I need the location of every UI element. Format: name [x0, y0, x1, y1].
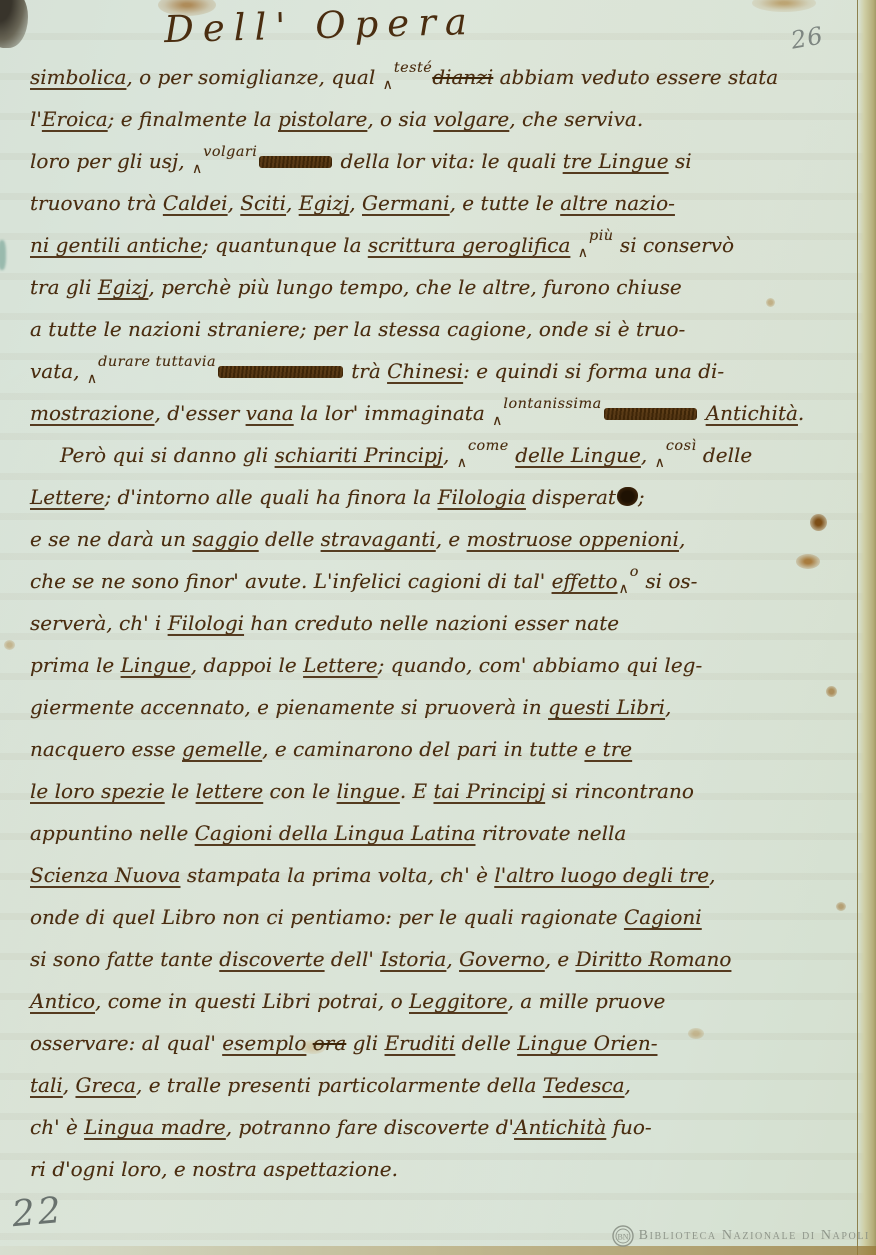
- underlined-word: Antico: [30, 989, 95, 1013]
- underlined-word: altre nazio-: [560, 191, 675, 215]
- manuscript-line: tali, Greca, e tralle presenti particola…: [30, 1064, 834, 1106]
- watermark-label: Biblioteca Nazionale di Napoli: [639, 1228, 870, 1244]
- underlined-word: lingue: [337, 779, 400, 803]
- manuscript-page: Dell' Opera 26 simbolica, o per somiglia…: [0, 0, 876, 1255]
- manuscript-line: e se ne darà un saggio delle stravaganti…: [30, 518, 834, 560]
- underlined-word: discoverte: [219, 947, 324, 971]
- underlined-word: lettere: [196, 779, 264, 803]
- library-watermark: BN Biblioteca Nazionale di Napoli: [612, 1225, 870, 1247]
- underlined-word: pistolare: [278, 107, 367, 131]
- underlined-word: stravaganti: [321, 527, 436, 551]
- obliterated-scribble: [218, 366, 343, 378]
- underlined-word: Diritto Romano: [576, 947, 732, 971]
- stain: [4, 640, 15, 650]
- manuscript-line: Lettere; d'intorno alle quali ha finora …: [30, 476, 834, 518]
- underlined-word: Caldei: [163, 191, 228, 215]
- library-emblem-icon: BN: [612, 1225, 634, 1247]
- folio-number-bottom: 22: [10, 1190, 65, 1235]
- underlined-word: delle Lingue: [515, 443, 641, 467]
- interlinear-insertion: o: [630, 564, 639, 580]
- interlinear-insertion: testé: [394, 60, 432, 76]
- caret-mark: ∧: [457, 455, 467, 471]
- page-edge-right: [857, 0, 876, 1255]
- underlined-word: Scienza Nuova: [30, 863, 180, 887]
- manuscript-line: prima le Lingue, dappoi le Lettere; quan…: [30, 644, 834, 686]
- manuscript-line: nacquero esse gemelle, e caminarono del …: [30, 728, 834, 770]
- underlined-word: Sciti: [240, 191, 286, 215]
- manuscript-line: appuntino nelle Cagioni della Lingua Lat…: [30, 812, 834, 854]
- underlined-word: Antichità: [514, 1115, 606, 1139]
- manuscript-line: ni gentili antiche; quantunque la scritt…: [30, 224, 834, 266]
- manuscript-line: a tutte le nazioni straniere; per la ste…: [30, 308, 834, 350]
- stain: [836, 902, 846, 911]
- emblem-monogram: BN: [617, 1233, 628, 1242]
- underlined-word: vana: [246, 401, 294, 425]
- interlinear-insertion: così: [666, 438, 697, 454]
- manuscript-line: osservare: al qual' esemplo ora gli Erud…: [30, 1022, 834, 1064]
- interlinear-insertion: più: [589, 228, 614, 244]
- underlined-word: Filologi: [168, 611, 244, 635]
- manuscript-line: serverà, ch' i Filologi han creduto nell…: [30, 602, 834, 644]
- manuscript-line: ch' è Lingua madre, potranno fare discov…: [30, 1106, 834, 1148]
- caret-mark: ∧: [87, 371, 97, 387]
- manuscript-line: Antico, come in questi Libri potrai, o L…: [30, 980, 834, 1022]
- stain: [752, 0, 816, 12]
- manuscript-line: Scienza Nuova stampata la prima volta, c…: [30, 854, 834, 896]
- underlined-word: Lingua madre: [84, 1115, 226, 1139]
- underlined-word: Chinesi: [387, 359, 463, 383]
- ink-blot: [617, 487, 638, 506]
- underlined-word: Greca: [75, 1073, 136, 1097]
- underlined-word: esemplo: [222, 1031, 306, 1055]
- underlined-word: saggio: [192, 527, 258, 551]
- manuscript-line: truovano trà Caldei, Sciti, Egizj, Germa…: [30, 182, 834, 224]
- underlined-word: Eroica: [42, 107, 108, 131]
- underlined-word: e tre: [584, 737, 632, 761]
- underlined-word: Filologia: [438, 485, 526, 509]
- underlined-word: tali: [30, 1073, 63, 1097]
- underlined-word: mostruose oppenioni: [467, 527, 679, 551]
- underlined-word: le loro spezie: [30, 779, 165, 803]
- underlined-word: schiariti Principj: [275, 443, 443, 467]
- manuscript-line: si sono fatte tante discoverte dell' Ist…: [30, 938, 834, 980]
- interlinear-insertion: lontanissima: [503, 396, 601, 412]
- underlined-word: Tedesca: [543, 1073, 625, 1097]
- manuscript-line: le loro spezie le lettere con le lingue.…: [30, 770, 834, 812]
- manuscript-line: l'Eroica; e finalmente la pistolare, o s…: [30, 98, 834, 140]
- interlinear-insertion: volgari: [203, 144, 257, 160]
- manuscript-line: ri d'ogni loro, e nostra aspettazione.: [30, 1148, 834, 1190]
- obliterated-scribble: [604, 408, 698, 420]
- underlined-word: gemelle: [182, 737, 262, 761]
- caret-mark: ∧: [578, 245, 588, 261]
- underlined-word: l'altro luogo degli tre: [494, 863, 709, 887]
- underlined-word: Leggitore: [409, 989, 508, 1013]
- manuscript-text: simbolica, o per somiglianze, qual ∧test…: [30, 56, 834, 1190]
- caret-mark: ∧: [492, 413, 502, 429]
- underlined-word: Lettere: [303, 653, 377, 677]
- underlined-word: questi Libri: [548, 695, 665, 719]
- underlined-word: tre Lingue: [563, 149, 669, 173]
- manuscript-line: mostrazione, d'esser vana la lor' immagi…: [30, 392, 834, 434]
- struck-word: dianzi: [432, 65, 493, 89]
- underlined-word: Lingue: [121, 653, 191, 677]
- obliterated-scribble: [259, 156, 332, 168]
- underlined-word: Egizj: [299, 191, 350, 215]
- underlined-word: Germani: [362, 191, 450, 215]
- underlined-word: Cagioni della Lingua Latina: [195, 821, 476, 845]
- underlined-word: volgare: [433, 107, 509, 131]
- underlined-word: Istoria: [380, 947, 446, 971]
- interlinear-insertion: come: [468, 438, 509, 454]
- underlined-word: tai Principj: [433, 779, 545, 803]
- caret-mark: ∧: [619, 581, 629, 597]
- caret-mark: ∧: [383, 77, 393, 93]
- underlined-word: mostrazione: [30, 401, 154, 425]
- manuscript-line: vata, ∧durare tuttavia trà Chinesi: e qu…: [30, 350, 834, 392]
- folio-number-top: 26: [789, 21, 826, 54]
- underlined-word: ni gentili antiche: [30, 233, 202, 257]
- underlined-word: simbolica: [30, 65, 126, 89]
- underlined-word: scrittura geroglifica: [368, 233, 571, 257]
- manuscript-line: onde di quel Libro non ci pentiamo: per …: [30, 896, 834, 938]
- underlined-word: Antichità: [706, 401, 798, 425]
- underlined-word: Lettere: [30, 485, 104, 509]
- underlined-word: Egizj: [98, 275, 149, 299]
- manuscript-line: loro per gli usj, ∧volgari della lor vit…: [30, 140, 834, 182]
- manuscript-line: giermente accennato, e pienamente si pru…: [30, 686, 834, 728]
- underlined-word: effetto: [552, 569, 618, 593]
- struck-word: ora: [313, 1031, 347, 1055]
- manuscript-line: che se ne sono finor' avute. L'infelici …: [30, 560, 834, 602]
- manuscript-line: tra gli Egizj, perchè più lungo tempo, c…: [30, 266, 834, 308]
- underlined-word: Governo: [459, 947, 545, 971]
- interlinear-insertion: durare tuttavia: [98, 354, 216, 370]
- page-title: Dell' Opera: [0, 0, 640, 55]
- underlined-word: Eruditi: [385, 1031, 456, 1055]
- caret-mark: ∧: [192, 161, 202, 177]
- caret-mark: ∧: [655, 455, 665, 471]
- stain: [0, 240, 6, 270]
- page-edge-bottom: [0, 1246, 876, 1255]
- manuscript-line: simbolica, o per somiglianze, qual ∧test…: [30, 56, 834, 98]
- manuscript-line: Però qui si danno gli schiariti Principj…: [30, 434, 834, 476]
- underlined-word: Lingue Orien-: [517, 1031, 657, 1055]
- underlined-word: Cagioni: [624, 905, 702, 929]
